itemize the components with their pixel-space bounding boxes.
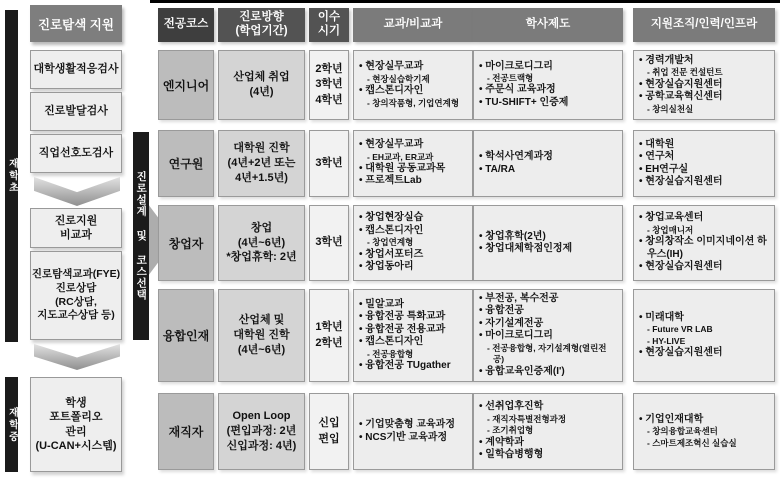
- list-item: • NCS기반 교육과정: [359, 432, 467, 445]
- list-item: - 창의융합교육센터: [639, 426, 769, 437]
- list-item: • TA/RA: [479, 164, 617, 177]
- course-cell-worker: 재직자: [158, 393, 214, 470]
- list-item: - HY-LIVE: [639, 336, 769, 347]
- course-cell-engineer: 엔지니어: [158, 50, 214, 120]
- curriculum-cell: • 현장실무교과- 현장실습학기제• 캡스톤디자인- 창의작품형, 기업연계형: [353, 50, 473, 120]
- list-item: • 창업서포터즈: [359, 249, 467, 262]
- list-item: - 재직자특별전형과정: [479, 414, 617, 425]
- list-item: • 창업휴학(2년): [479, 231, 617, 244]
- support-org-cell: • 경력개발처- 취업 전문 컨설턴트• 현장실습지원센터• 공학교육혁신센터-…: [633, 50, 775, 120]
- path-cell: 대학원 진학 (4년+2년 또는 4년+1.5년): [218, 130, 305, 197]
- list-item: • 연구처: [639, 151, 769, 164]
- curriculum-cell: • 현장실무교과- EH교과, ER교과• 대학원 공동교과목• 프로젝트Lab: [353, 130, 473, 197]
- student-portfolio-box: 학생 포트폴리오 관리 (U-CAN+시스템): [30, 377, 122, 472]
- list-item: - Future VR LAB: [639, 324, 769, 335]
- timing-cell: 3학년: [309, 205, 349, 281]
- list-item: • 융합전공 특화교과: [359, 311, 467, 324]
- list-item: - 취업 전문 컨설턴트: [639, 67, 769, 78]
- col-header-career-path: 진로방향 (학업기간): [218, 8, 305, 42]
- path-cell: Open Loop (편입과정: 2년 신입과정: 4년): [218, 393, 305, 470]
- col-header-support-org: 지원조직/인력/인프라: [633, 8, 775, 42]
- list-item: - 전공트랙형: [479, 73, 617, 84]
- list-item: • 현장실무교과: [359, 139, 467, 152]
- list-item: • EH연구실: [639, 164, 769, 177]
- list-item: • 창업대체학점인정제: [479, 243, 617, 256]
- list-item: • 마이크로디그리: [479, 330, 617, 343]
- list-item: • 일학습병행형: [479, 449, 617, 462]
- list-item: • 밀알교과: [359, 299, 467, 312]
- timing-cell: 2학년 3학년 4학년: [309, 50, 349, 120]
- phase-bar-early-label: 재학초: [7, 158, 17, 194]
- academic-system-cell: • 선취업후진학- 재직자특별전형과정- 조기취업형• 계약학과• 일학습병행형: [473, 393, 623, 470]
- list-item: • 마이크로디그리: [479, 61, 617, 74]
- curriculum-cell: • 밀알교과• 융합전공 특화교과• 융합전공 전용교과• 캡스톤디자인- 전공…: [353, 289, 473, 382]
- list-item: - EH교과, ER교과: [359, 152, 467, 163]
- list-item: - 전공융합형, 자기설계형(열린전공): [479, 343, 617, 366]
- curriculum-cell: • 창업현장실습• 캡스톤디자인- 창업연계형• 창업서포터즈• 창업동아리: [353, 205, 473, 281]
- timing-cell: 신입 편입: [309, 393, 349, 470]
- list-item: - 전공융합형: [359, 349, 467, 360]
- list-item: • 미래대학: [639, 312, 769, 325]
- list-item: - 현장실습학기제: [359, 74, 467, 85]
- career-support-noncurricular-box: 진로지원 비교과: [30, 208, 122, 248]
- test-box-job-preference: 직업선호도검사: [30, 134, 122, 173]
- timing-cell: 3학년: [309, 130, 349, 197]
- support-org-cell: • 미래대학- Future VR LAB- HY-LIVE• 현장실습지원센터: [633, 289, 775, 382]
- list-item: - 창업매니저: [639, 225, 769, 236]
- academic-system-cell: • 마이크로디그리- 전공트랙형• 주문식 교육과정• TU-SHIFT+ 인증…: [473, 50, 623, 120]
- list-item: - 창의실천실: [639, 104, 769, 115]
- timing-cell: 1학년 2학년: [309, 289, 349, 382]
- test-box-college-adaptation: 대학생활적응검사: [30, 50, 122, 89]
- list-item: • 현장실습지원센터: [639, 79, 769, 92]
- list-item: • 기업맞춤형 교육과정: [359, 419, 467, 432]
- list-item: - 창의작품형, 기업연계형: [359, 98, 467, 109]
- list-item: • 경력개발처: [639, 55, 769, 68]
- list-item: • 융합전공 전용교과: [359, 324, 467, 337]
- list-item: - 창업연계형: [359, 237, 467, 248]
- course-selection-bar: 진로설계 및 코스선택: [133, 132, 149, 340]
- list-item: • 융합전공 TUgather: [359, 360, 467, 373]
- list-item: • 현장실습지원센터: [639, 261, 769, 274]
- list-item: • 창의창작소 이미지네이션 하우스(IH): [639, 236, 769, 261]
- list-item: • TU-SHIFT+ 인증제: [479, 97, 617, 110]
- support-org-cell: • 창업교육센터- 창업매니저• 창의창작소 이미지네이션 하우스(IH)• 현…: [633, 205, 775, 281]
- list-item: • 대학원 공동교과목: [359, 163, 467, 176]
- phase-bar-during-enrollment: 재학중: [5, 377, 18, 472]
- col-header-curriculum: 교과/비교과: [353, 8, 473, 42]
- career-exploration-support-header: 진로탐색 지원: [30, 5, 122, 42]
- top-border-line: [150, 0, 780, 3]
- academic-system-cell: • 학석사연계과정• TA/RA: [473, 130, 623, 197]
- list-item: • 대학원: [639, 139, 769, 152]
- list-item: • 부전공, 복수전공: [479, 293, 617, 306]
- col-header-academic-system: 학사제도: [473, 8, 623, 42]
- list-item: • 캡스톤디자인: [359, 336, 467, 349]
- list-item: • 선취업후진학: [479, 401, 617, 414]
- arrow-down-icon: [34, 177, 120, 206]
- list-item: • 공학교육혁신센터: [639, 91, 769, 104]
- list-item: • 현장실무교과: [359, 61, 467, 74]
- phase-bar-during-label: 재학중: [7, 407, 17, 443]
- list-item: • 계약학과: [479, 437, 617, 450]
- test-box-career-development: 진로발달검사: [30, 92, 122, 131]
- list-item: • 캡스톤디자인: [359, 85, 467, 98]
- course-cell-convergence: 융합인재: [158, 289, 214, 382]
- list-item: - 조기취업형: [479, 425, 617, 436]
- phase-bar-early-enrollment: 재학초: [5, 10, 18, 342]
- fye-counseling-box: 진로탐색교과(FYE) 진로상담 (RC상담, 지도교수상담 등): [30, 251, 122, 340]
- arrow-down-icon: [34, 344, 120, 370]
- list-item: • 창업현장실습: [359, 212, 467, 225]
- curriculum-cell: • 기업맞춤형 교육과정• NCS기반 교육과정: [353, 393, 473, 470]
- list-item: • 자기설계전공: [479, 318, 617, 331]
- academic-system-cell: • 부전공, 복수전공• 융합전공• 자기설계전공• 마이크로디그리- 전공융합…: [473, 289, 623, 382]
- list-item: • 융합교육인증제(I'): [479, 366, 617, 379]
- path-cell: 창업 (4년~6년) *창업휴학: 2년: [218, 205, 305, 281]
- course-cell-researcher: 연구원: [158, 130, 214, 197]
- career-roadmap-diagram: 재학초 재학중 진로탐색 지원 대학생활적응검사 진로발달검사 직업선호도검사 …: [0, 0, 780, 478]
- list-item: • 창업교육센터: [639, 212, 769, 225]
- list-item: • 학석사연계과정: [479, 151, 617, 164]
- list-item: • 주문식 교육과정: [479, 84, 617, 97]
- list-item: • 현장실습지원센터: [639, 347, 769, 360]
- col-header-major-course: 전공코스: [158, 8, 214, 42]
- list-item: • 기업인재대학: [639, 414, 769, 427]
- path-cell: 산업체 및 대학원 진학 (4년~6년): [218, 289, 305, 382]
- list-item: - 스마트제조혁신 실습실: [639, 438, 769, 449]
- support-org-cell: • 대학원• 연구처• EH연구실• 현장실습지원센터: [633, 130, 775, 197]
- path-cell: 산업체 취업 (4년): [218, 50, 305, 120]
- list-item: • 프로젝트Lab: [359, 175, 467, 188]
- list-item: • 캡스톤디자인: [359, 225, 467, 238]
- list-item: • 현장실습지원센터: [639, 176, 769, 189]
- support-org-cell: • 기업인재대학- 창의융합교육센터- 스마트제조혁신 실습실: [633, 393, 775, 470]
- list-item: • 융합전공: [479, 305, 617, 318]
- col-header-timing: 이수 시기: [309, 8, 349, 42]
- list-item: • 창업동아리: [359, 261, 467, 274]
- course-cell-founder: 창업자: [158, 205, 214, 281]
- academic-system-cell: • 창업휴학(2년)• 창업대체학점인정제: [473, 205, 623, 281]
